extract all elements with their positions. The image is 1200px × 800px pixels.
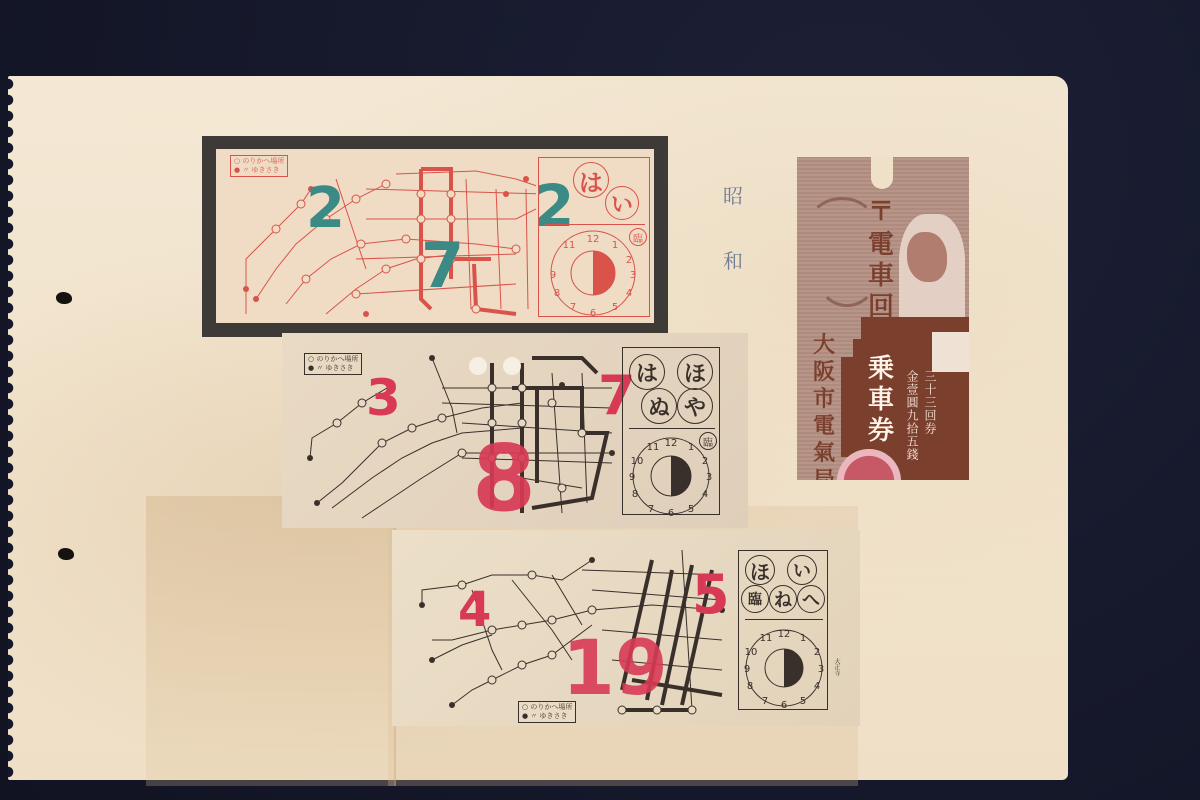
issuer-char: 局 [813,467,835,480]
svg-text:8: 8 [554,288,560,299]
clock-dial: 1212 345 678 911 [545,228,641,316]
svg-text:5: 5 [612,302,618,313]
handwritten-annotation: 昭 和 [718,180,748,274]
divider [745,619,823,620]
tram-route-map [216,149,536,324]
svg-text:3: 3 [706,472,712,483]
route-kana: い [787,555,817,585]
issuer-char: 電 [813,413,835,440]
overprint-number: 19 [562,630,668,706]
svg-text:6: 6 [781,700,787,709]
svg-text:4: 4 [626,288,632,299]
svg-text:11: 11 [563,240,576,251]
svg-text:5: 5 [688,504,694,515]
annotation-char: 昭 [723,180,743,209]
tram-ticket-3: ○ のりかへ場所 ● 〃 ゆきさき 4 5 19 ほ い 臨 ね へ 1212 … [392,530,860,726]
svg-text:6: 6 [590,308,596,316]
binding-hole [58,548,74,560]
ride-count: 三十三回券 [923,370,939,435]
issuer-char: 市 [813,386,835,413]
issuer-char: 阪 [813,359,835,386]
svg-text:9: 9 [744,664,750,675]
booklet-title: 〒 電 車 回 数 乗 車 券 [863,197,899,447]
clock-dial: 1212 345 678 91011 [623,434,719,516]
price-label: 金壹圓九拾五錢 [905,370,921,461]
svg-text:9: 9 [629,472,635,483]
svg-text:11: 11 [647,442,660,453]
validity-panel: は ほ ぬ や 臨 1212 345 678 91011 [622,347,720,515]
lion-illustration [907,232,947,282]
route-kana: い [605,186,639,220]
svg-text:2: 2 [814,647,820,658]
title-char: 券 [868,416,894,447]
route-kana: ほ [677,354,713,390]
divider [545,224,645,225]
route-kana: は [573,162,609,198]
validity-panel: ほ い 臨 ね へ 1212 345 678 91011 [738,550,828,710]
svg-text:7: 7 [762,696,768,707]
svg-text:8: 8 [632,489,638,500]
ticket-body: ○ のりかへ場所 ● 〃 ゆきさき 4 5 19 ほ い 臨 ね へ 1212 … [392,530,860,726]
issuer-char: 大 [813,332,835,359]
svg-text:11: 11 [760,633,773,644]
tram-ticket-1: ○ のりかへ場所 ● 〃 ゆきさき [202,136,668,337]
title-char: 乗 [868,354,894,385]
overprint-number: 8 [472,433,536,525]
svg-text:12: 12 [778,629,791,640]
route-kana: は [629,354,665,390]
legend-line: ● 〃 ゆきさき [522,712,572,721]
svg-text:7: 7 [570,302,576,313]
tram-route-map [282,333,622,528]
divider [629,428,715,429]
svg-text:9: 9 [550,270,556,281]
svg-text:12: 12 [587,234,600,245]
svg-text:6: 6 [668,508,674,516]
svg-text:3: 3 [818,664,824,675]
overprint-number: 3 [366,373,401,423]
booklet-notch [871,157,893,189]
svg-text:12: 12 [665,438,678,449]
clock-dial: 1212 345 678 91011 [739,625,829,709]
deco-block [841,357,861,457]
issuer-name: 大 阪 市 電 氣 局 [809,332,839,480]
overprint-number: 4 [458,586,491,634]
overprint-number: 2 [306,181,345,237]
title-char: 数 [868,323,894,354]
ticket-body: ○ のりかへ場所 ● 〃 ゆきさき [216,149,654,323]
special-mark: 臨 [741,585,769,613]
title-char: 車 [868,385,894,416]
title-char: 車 [868,261,894,292]
svg-text:5: 5 [800,696,806,707]
ticket-body: ○ のりかへ場所 ● 〃 ゆきさき [282,333,748,528]
deco-block [932,332,969,372]
coupon-booklet-cover: 〒 電 車 回 数 乗 車 券 大 阪 市 電 氣 局 三十三回券 金壹圓九拾五… [797,157,969,480]
title-char: 回 [868,292,894,323]
route-kana: ほ [745,555,775,585]
svg-text:10: 10 [745,647,758,658]
route-kana: や [677,388,713,424]
svg-text:7: 7 [648,504,654,515]
overprint-number: 5 [692,568,730,622]
svg-text:1: 1 [800,633,806,644]
annotation-char: 和 [723,245,743,274]
route-kana: ぬ [641,388,677,424]
tram-ticket-2: ○ のりかへ場所 ● 〃 ゆきさき [282,333,748,528]
station-label: 大正寺 [832,658,841,676]
svg-text:3: 3 [630,270,636,281]
glue-stain [146,496,396,786]
validity-panel: は い 臨 1212 345 678 911 [538,157,650,317]
perforated-edge [8,76,22,780]
title-char: 電 [868,230,894,261]
svg-text:1: 1 [612,240,618,251]
svg-text:2: 2 [626,255,632,266]
route-kana: へ [797,585,825,613]
overprint-number: 7 [421,235,464,297]
svg-text:2: 2 [702,456,708,467]
binding-hole [56,292,72,304]
svg-text:4: 4 [702,489,708,500]
svg-text:8: 8 [747,681,753,692]
issuer-char: 氣 [813,440,835,467]
route-kana: ね [769,585,797,613]
svg-text:10: 10 [631,456,644,467]
svg-text:4: 4 [814,681,820,692]
svg-text:1: 1 [688,442,694,453]
osaka-city-logo-icon: 〒 [868,197,894,228]
